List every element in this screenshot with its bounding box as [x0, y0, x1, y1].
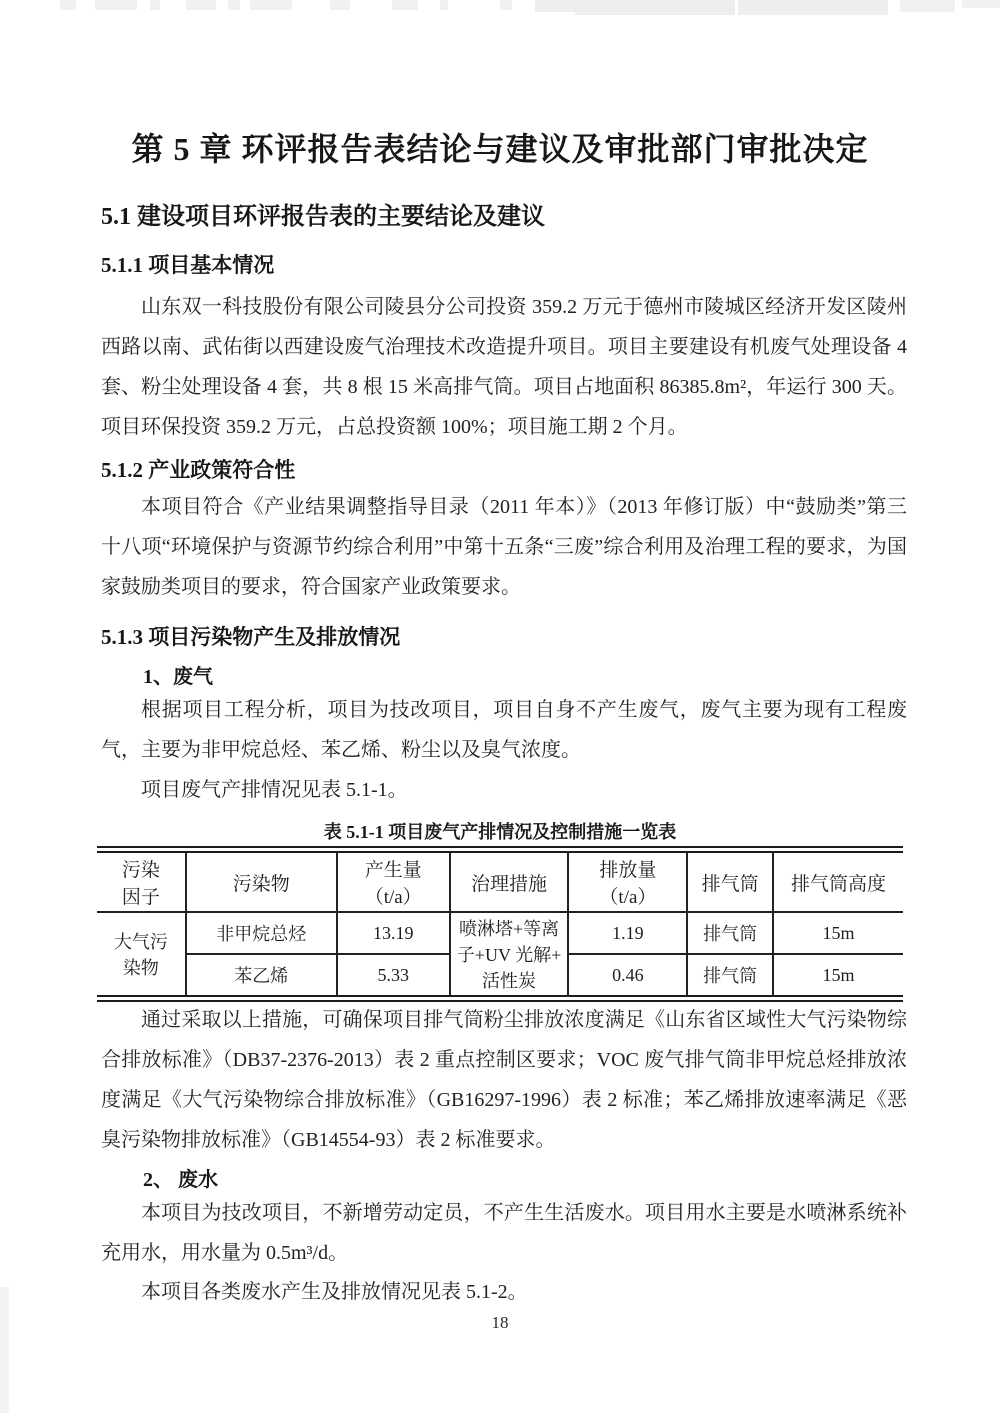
paragraph-waste-gas: 根据项目工程分析，项目为技改项目，项目自身不产生废气，废气主要为现有工程废气，主… — [101, 690, 907, 770]
scan-artifact-left — [0, 1287, 9, 1413]
cell-produced: 5.33 — [337, 954, 450, 995]
page-number: 18 — [0, 1313, 1000, 1333]
cell-stack-height: 15m — [773, 954, 903, 995]
col-header-pollution-factor: 污染 因子 — [97, 853, 186, 912]
cell-stack: 排气筒 — [687, 954, 773, 995]
scan-artifact-top — [0, 0, 1000, 18]
cell-emitted: 0.46 — [568, 954, 687, 995]
col-header-pollutant: 污染物 — [186, 853, 337, 912]
cell-emitted: 1.19 — [568, 912, 687, 954]
cell-pollution-factor: 大气污 染物 — [97, 912, 186, 995]
cell-stack: 排气筒 — [687, 912, 773, 954]
cell-stack-height: 15m — [773, 912, 903, 954]
section-title-5-1-1: 5.1.1 项目基本情况 — [101, 249, 907, 279]
paragraph-emission-conclusion: 通过采取以上措施，可确保项目排气筒粉尘排放浓度满足《山东省区域性大气污染物综合排… — [101, 1000, 907, 1160]
section-title-5-1-3: 5.1.3 项目污染物产生及排放情况 — [101, 621, 907, 651]
cell-treatment: 喷淋塔+等离 子+UV 光解+ 活性炭 — [450, 912, 569, 995]
label-waste-water: 2、 废水 — [143, 1163, 218, 1192]
section-title-5-1: 5.1 建设项目环评报告表的主要结论及建议 — [101, 196, 907, 231]
label-waste-gas: 1、废气 — [143, 660, 213, 689]
paragraph-see-table-5-1-2: 本项目各类废水产生及排放情况见表 5.1-2。 — [101, 1272, 907, 1312]
table-row: 大气污 染物 非甲烷总烃 13.19 喷淋塔+等离 子+UV 光解+ 活性炭 1… — [97, 912, 903, 954]
table-5-1-1-caption: 表 5.1-1 项目废气产排情况及控制措施一览表 — [97, 818, 903, 844]
chapter-title: 第 5 章 环评报告表结论与建议及审批部门审批决定 — [0, 124, 1000, 170]
paragraph-waste-water: 本项目为技改项目，不新增劳动定员，不产生生活废水。项目用水主要是水喷淋系统补充用… — [101, 1193, 907, 1273]
table-5-1-1: 污染 因子 污染物 产生量 （t/a） 治理措施 排放量 （t/a） 排气筒 排… — [97, 846, 903, 1002]
table-header-row: 污染 因子 污染物 产生量 （t/a） 治理措施 排放量 （t/a） 排气筒 排… — [97, 853, 903, 912]
cell-produced: 13.19 — [337, 912, 450, 954]
paragraph-industry-policy: 本项目符合《产业结果调整指导目录（2011 年本）》（2013 年修订版）中“鼓… — [101, 487, 907, 607]
paragraph-see-table-5-1-1: 项目废气产排情况见表 5.1-1。 — [101, 770, 907, 810]
cell-pollutant: 苯乙烯 — [186, 954, 337, 995]
col-header-emitted-amount: 排放量 （t/a） — [568, 853, 687, 912]
col-header-treatment: 治理措施 — [450, 853, 569, 912]
section-title-5-1-2: 5.1.2 产业政策符合性 — [101, 454, 907, 484]
col-header-stack: 排气筒 — [687, 853, 773, 912]
col-header-stack-height: 排气筒高度 — [773, 853, 903, 912]
cell-pollutant: 非甲烷总烃 — [186, 912, 337, 954]
document-page: 第 5 章 环评报告表结论与建议及审批部门审批决定 5.1 建设项目环评报告表的… — [0, 0, 1000, 1413]
col-header-produced-amount: 产生量 （t/a） — [337, 853, 450, 912]
paragraph-project-basic: 山东双一科技股份有限公司陵县分公司投资 359.2 万元于德州市陵城区经济开发区… — [101, 287, 907, 447]
